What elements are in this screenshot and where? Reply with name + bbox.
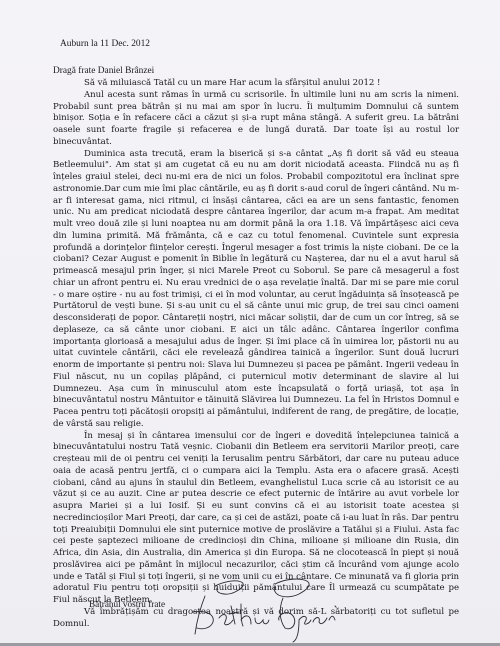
letter-body: Să vă miluiască Tatăl cu un mare Har acu… <box>53 78 459 630</box>
letter-date: Auburn la 11 Dec. 2012 <box>60 39 150 49</box>
handwritten-signature-icon <box>175 576 345 644</box>
letter-paragraph-blessing: Să vă miluiască Tatăl cu un mare Har acu… <box>53 78 459 90</box>
letter-signoff: Bătrânul vostru frate <box>89 599 165 609</box>
letter-salutation: Dragă frate Daniel Brânzei <box>53 66 154 76</box>
scanned-letter-page: Auburn la 11 Dec. 2012 Dragă frate Danie… <box>0 0 500 646</box>
letter-paragraph-angels-song: Duminica asta trecută, eram la biserică … <box>53 149 459 431</box>
letter-paragraph-news: Anul acesta sunt rămas în urmă cu scriso… <box>53 90 459 149</box>
